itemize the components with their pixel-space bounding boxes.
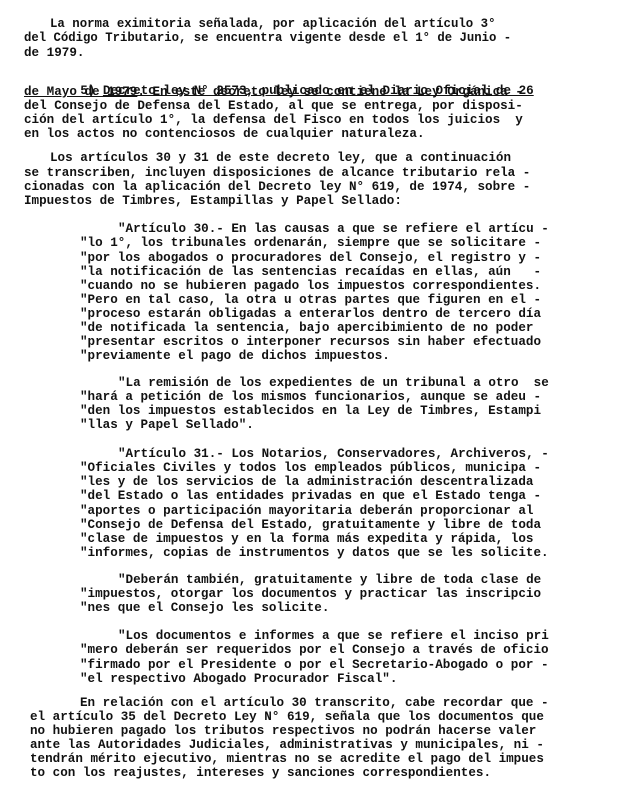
line-remainder: . En este decreto ley se contiene la Ley… (137, 85, 522, 99)
quote-line: "Pero en tal caso, la otra u otras parte… (80, 293, 541, 307)
quote-line: "de notificada la sentencia, bajo aperci… (80, 321, 533, 335)
paragraph-line: Los artículos 30 y 31 de este decreto le… (50, 151, 511, 165)
quote-line: "lo 1°, los tribunales ordenarán, siempr… (80, 236, 541, 250)
paragraph-line: no hubieren pagado los tributos respecti… (30, 724, 536, 738)
quote-line: "informes, copias de instrumentos y dato… (80, 546, 549, 560)
document-page: La norma eximitoria señalada, por aplica… (0, 0, 630, 786)
underlined-title: de Mayo de 1979 (24, 85, 137, 99)
quote-line: "presentar escritos o interponer recurso… (80, 335, 541, 349)
quote-line: "Deberán también, gratuitamente y libre … (118, 573, 541, 587)
quote-line: "Consejo de Defensa del Estado, gratuita… (80, 518, 541, 532)
paragraph-line: to con los reajustes, intereses y sancio… (30, 766, 491, 780)
quote-line: "clase de impuestos y en la forma más ex… (80, 532, 533, 546)
paragraph-line: tendrán mérito ejecutivo, mientras no se… (30, 752, 544, 766)
paragraph-line: de Mayo de 1979. En este decreto ley se … (24, 85, 523, 99)
paragraph-line: se transcriben, incluyen disposiciones d… (24, 166, 530, 180)
quote-line: "firmado por el Presidente o por el Secr… (80, 658, 549, 672)
quote-line: "cuando no se hubieren pagado los impues… (80, 279, 541, 293)
paragraph-line: del Consejo de Defensa del Estado, al qu… (24, 99, 523, 113)
quote-line: "previamente el pago de dichos impuestos… (80, 349, 390, 363)
quote-line: "La remisión de los expedientes de un tr… (118, 376, 549, 390)
quote-line: "Artículo 31.- Los Notarios, Conservador… (118, 447, 549, 461)
quote-line: "Artículo 30.- En las causas a que se re… (118, 222, 549, 236)
quote-line: "les y de los servicios de la administra… (80, 475, 533, 489)
quote-line: "den los impuestos establecidos en la Le… (80, 404, 541, 418)
quote-line: "por los abogados o procuradores del Con… (80, 251, 541, 265)
quote-line: "Los documentos e informes a que se refi… (118, 629, 549, 643)
quote-line: "Oficiales Civiles y todos los empleados… (80, 461, 541, 475)
quote-line: "la notificación de las sentencias recaí… (80, 265, 541, 279)
paragraph-line: ante las Autoridades Judiciales, adminis… (30, 738, 544, 752)
quote-line: "impuestos, otorgar los documentos y pra… (80, 587, 541, 601)
paragraph-line: ción del artículo 1°, la defensa del Fis… (24, 113, 523, 127)
paragraph-line: del Código Tributario, se encuentra vige… (24, 31, 610, 45)
quote-line: "nes que el Consejo les solicite. (80, 601, 329, 615)
quote-line: "hará a petición de los mismos funcionar… (80, 390, 541, 404)
quote-line: "aportes o participación mayoritaria deb… (80, 504, 533, 518)
paragraph-line: de 1979. (24, 46, 84, 60)
paragraph-line: La norma eximitoria señalada, por aplica… (50, 17, 610, 31)
quote-line: "proceso estarán obligadas a enterarlos … (80, 307, 541, 321)
paragraph-line: el artículo 35 del Decreto Ley N° 619, s… (30, 710, 544, 724)
quote-line: "mero deberán ser requeridos por el Cons… (80, 643, 549, 657)
paragraph-line: Impuestos de Timbres, Estampillas y Pape… (24, 194, 402, 208)
quote-line: "del Estado o las entidades privadas en … (80, 489, 541, 503)
quote-line: "el respectivo Abogado Procurador Fiscal… (80, 672, 397, 686)
paragraph-line: En relación con el artículo 30 transcrit… (80, 696, 549, 710)
paragraph-line: cionadas con la aplicación del Decreto l… (24, 180, 530, 194)
paragraph-line: en los actos no contenciosos de cualquie… (24, 127, 425, 141)
quote-line: "llas y Papel Sellado". (80, 418, 254, 432)
